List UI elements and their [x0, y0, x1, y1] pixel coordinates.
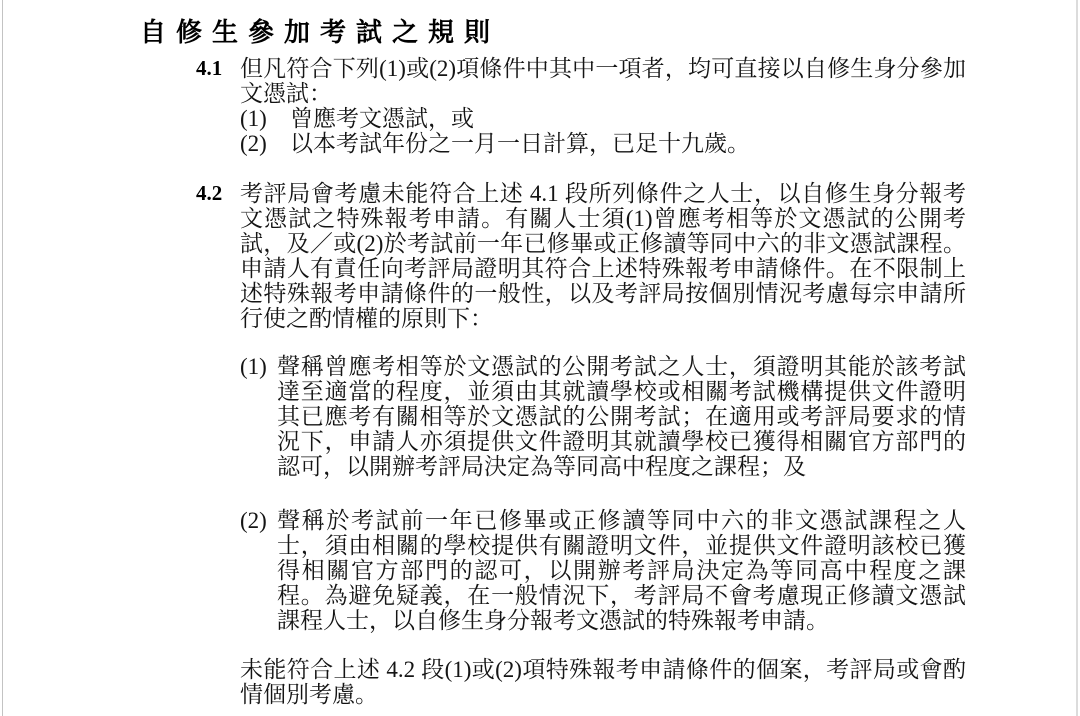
list-item-text: 聲稱曾應考相等於文憑試的公開考試之人士，須證明其能於該考試達至適當的程度，並須由… [277, 354, 966, 479]
clause-4-2-intro: 考評局會考慮未能符合上述 4.1 段所列條件之人士，以自修生身分報考文憑試之特殊… [240, 181, 966, 331]
closing-paragraph: 未能符合上述 4.2 段(1)或(2)項特殊報考申請條件的個案，考評局或會酌情個… [240, 657, 966, 707]
list-item: (1) 曾應考文憑試，或 [240, 106, 966, 131]
clause-4-1: 4.1 但凡符合下列(1)或(2)項條件中其中一項者，均可直接以自修生身分參加文… [196, 56, 966, 156]
page-left-edge [2, 0, 3, 716]
clause-4-2: 4.2 考評局會考慮未能符合上述 4.1 段所列條件之人士，以自修生身分報考文憑… [196, 181, 966, 707]
page-right-edge [1076, 0, 1078, 716]
list-item: (1) 聲稱曾應考相等於文憑試的公開考試之人士，須證明其能於該考試達至適當的程度… [240, 354, 966, 479]
clause-4-2-number: 4.2 [196, 181, 240, 206]
list-item: (2) 以本考試年份之一月一日計算，已足十九歲。 [240, 131, 966, 156]
clause-4-1-body: 但凡符合下列(1)或(2)項條件中其中一項者，均可直接以自修生身分參加文憑試： … [240, 56, 966, 156]
clause-4-2-body: 考評局會考慮未能符合上述 4.1 段所列條件之人士，以自修生身分報考文憑試之特殊… [240, 181, 966, 707]
list-item: (2) 聲稱於考試前一年已修畢或正修讀等同中六的非文憑試課程之人士，須由相關的學… [240, 508, 966, 633]
list-item-marker: (1) [240, 106, 290, 131]
list-item-text: 以本考試年份之一月一日計算，已足十九歲。 [290, 131, 966, 156]
list-item-marker: (2) [240, 508, 277, 533]
list-item-text: 曾應考文憑試，或 [290, 106, 966, 131]
list-item-marker: (2) [240, 131, 290, 156]
list-item-text: 聲稱於考試前一年已修畢或正修讀等同中六的非文憑試課程之人士，須由相關的學校提供有… [277, 508, 966, 633]
clause-4-1-intro: 但凡符合下列(1)或(2)項條件中其中一項者，均可直接以自修生身分參加文憑試： [240, 56, 966, 106]
page-title: 自修生參加考試之規則 [140, 12, 500, 49]
list-item-marker: (1) [240, 354, 277, 379]
clause-4-1-number: 4.1 [196, 56, 240, 81]
